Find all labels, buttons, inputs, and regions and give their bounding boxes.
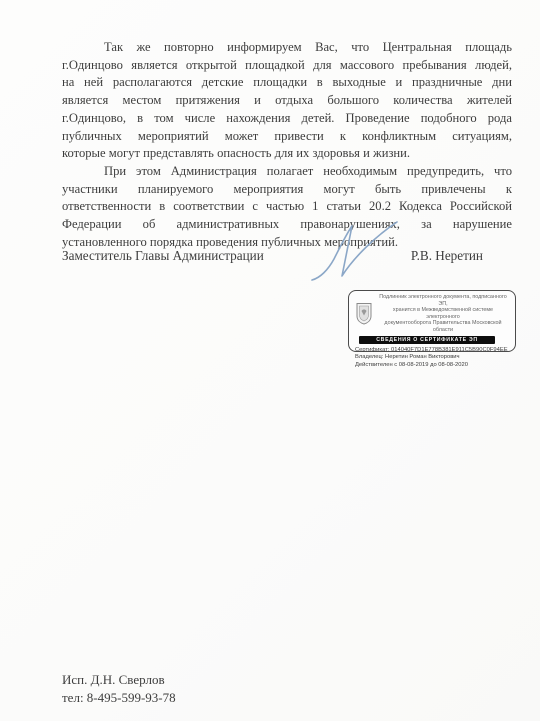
signature-block: Заместитель Главы Администрации Р.В. Нер… [62,248,483,264]
stamp-note-line: Подлинник электронного документа, подпис… [377,294,509,307]
text-line: участники планируемого мероприятия могут… [62,181,512,199]
handwritten-signature-icon [306,220,408,292]
signer-name: Р.В. Неретин [411,248,483,264]
esign-certificate-stamp: Подлинник электронного документа, подпис… [348,290,516,352]
executor-name: Исп. Д.Н. Сверлов [62,671,176,689]
text-line: г.Одинцово, в том числе нахождения детей… [62,110,512,128]
text-line: г.Одинцово является открытой площадкой д… [62,57,512,75]
letter-body: Так же повторно информируем Вас, что Цен… [62,39,512,251]
letter-footer: Исп. Д.Н. Сверлов тел: 8-495-599-93-78 [62,671,176,707]
text-line: публичных мероприятий может привести к к… [62,128,512,146]
certificate-validity: Действителен с 08-08-2019 до 08-08-2020 [353,362,511,370]
paragraph-1: Так же повторно информируем Вас, что Цен… [62,39,512,163]
certificate-banner: СВЕДЕНИЯ О СЕРТИФИКАТЕ ЭП [359,336,495,345]
text-line: ответственности в соответствии с частью … [62,198,512,216]
coat-of-arms-icon [355,302,373,325]
stamp-note: Подлинник электронного документа, подпис… [377,294,509,334]
stamp-note-line: документооборота Правительства Московско… [377,320,509,333]
scanned-letter-page: Так же повторно информируем Вас, что Цен… [0,0,540,721]
certificate-number: Сертификат: 014040F7D1E778B381E911C5B90C… [353,347,511,355]
text-line: является местом притяжения и отдыха боль… [62,92,512,110]
text-line: При этом Администрация полагает необходи… [62,163,512,181]
stamp-note-line: хранится в Межведомственной системе элек… [377,307,509,320]
signer-position: Заместитель Главы Администрации [62,248,264,264]
stamp-header: Подлинник электронного документа, подпис… [355,294,509,334]
paragraph-2: При этом Администрация полагает необходи… [62,163,512,252]
text-line: Так же повторно информируем Вас, что Цен… [62,39,512,57]
text-line: Федерации об административных правонаруш… [62,216,512,234]
executor-phone: тел: 8-495-599-93-78 [62,689,176,707]
text-line: которые могут представлять опасность для… [62,145,512,163]
certificate-owner: Владелец: Неретин Роман Викторович [353,354,511,362]
text-line: на ней располагаются детские площадки в … [62,74,512,92]
